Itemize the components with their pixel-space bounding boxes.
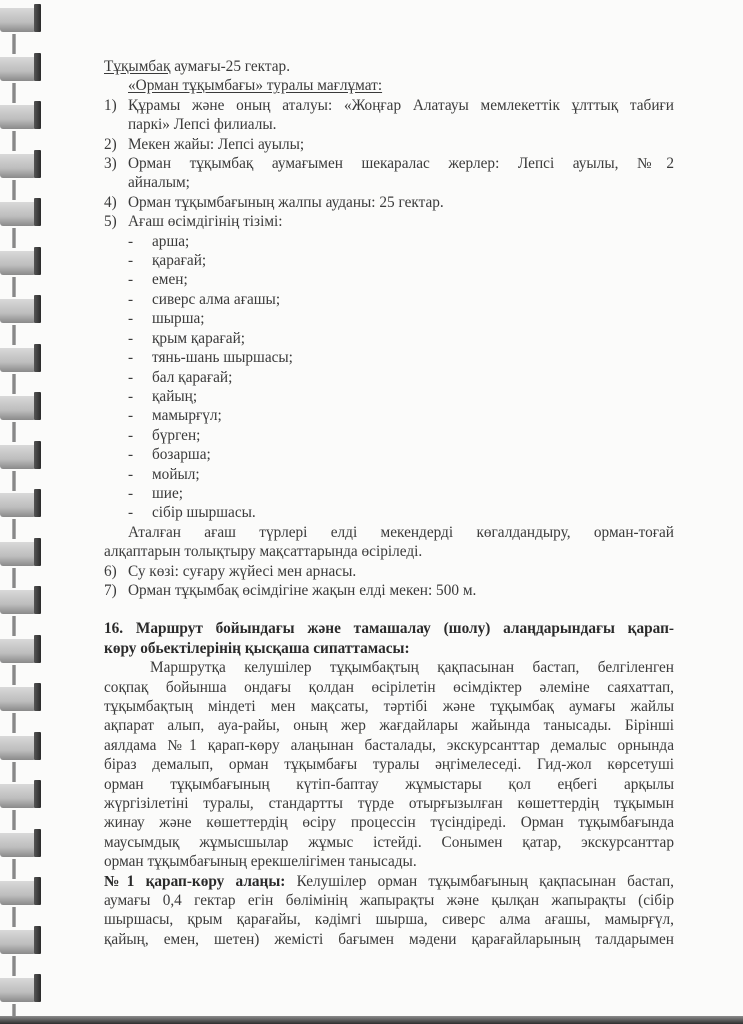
site-1-first-line: №1 қарап-көру алаңы: Келушілер орман тұқ… [104,872,674,891]
binding-ring [0,881,42,907]
binding-ring [0,639,42,665]
binding-ring [0,348,42,374]
binding-ring [0,687,42,713]
paragraph-line: жинау және көшеттердің өсіру процессін т… [104,813,674,832]
nursery-term: Тұқымбақ [104,58,170,75]
tree-note: Аталған ағаш түрлері елді мекендерді көг… [104,523,674,542]
numbered-item: 6)Су көзі: суғару жүйесі мен арнасы. [104,562,674,581]
page-bottom-edge [0,1016,743,1024]
binding-ring [0,542,42,568]
tree-list-item: -мойыл; [104,465,674,484]
binding-ring [0,445,42,471]
site-1-line: қайың, емен, шетен) жемісті бағымен мәде… [104,930,674,949]
document-page: Тұқымбақ аумағы-25 гектар. «Орман тұқымб… [104,57,674,949]
tree-list-item: -арша; [104,232,674,251]
section-16-heading: 16. Маршрут бойындағы және тамашалау (шо… [104,619,674,638]
binding-ring [0,251,42,277]
binding-ring [0,8,42,34]
numbered-item: 7)Орман тұқымбақ өсімдігіне жақын елді м… [104,581,674,600]
paragraph-line: маусымдық жұмысшылар жұмыс істейді. Соны… [104,833,674,852]
binding-ring [0,105,42,131]
numbered-list: 1)Құрамы және оның аталуы: «Жоңғар Алата… [104,96,674,232]
paragraph-line: жүргізілетіні туралы, стандартты түрде о… [104,794,674,813]
tree-list: -арша;-қарағай;-емен;-сиверс алма ағашы;… [104,232,674,523]
binding-ring [0,154,42,180]
binding-ring [0,202,42,228]
tree-list-item: -сиверс алма ағашы; [104,290,674,309]
paragraph-last-line: орман тұқымбағының ерекшелігімен танысад… [104,852,674,871]
numbered-item: паркі» Лепсі филиалы. [104,115,674,134]
numbered-list-2: 6)Су көзі: суғару жүйесі мен арнасы.7)Ор… [104,562,674,601]
section-16-paragraph: Маршрутқа келушілер тұқымбақтың қақпасын… [104,658,674,852]
binding-ring [0,930,42,956]
numbered-item: айналым; [104,173,674,192]
numbered-item: 1)Құрамы және оның аталуы: «Жоңғар Алата… [104,96,674,115]
area-line: Тұқымбақ аумағы-25 гектар. [104,57,674,76]
binding-ring [0,978,42,1004]
binding-ring [0,590,42,616]
paragraph-line: орман тұқымбағының күтіп-баптау жұмыстар… [104,775,674,794]
tree-list-item: -емен; [104,270,674,289]
paragraph-line: ақпарат алып, ауа-райы, оның жер жағдайл… [104,716,674,735]
paragraph-line: тұқымбақтың міндеті мен мақсаты, тәртібі… [104,697,674,716]
paragraph-line: Маршрутқа келушілер тұқымбақтың қақпасын… [104,658,674,677]
binding-ring [0,57,42,83]
tree-list-item: -қайың; [104,387,674,406]
binding-ring [0,493,42,519]
paragraph-line: соқпақ бойынша ондағы қолдан өсірілетін … [104,678,674,697]
site-1-label: №1 қарап-көру алаңы: [104,873,285,890]
tree-list-item: -бозарша; [104,445,674,464]
numbered-item: 2)Мекен жайы: Лепсі ауылы; [104,135,674,154]
tree-list-item: -шырша; [104,309,674,328]
tree-list-item: -қарағай; [104,251,674,270]
site-1-line: аумағы 0,4 гектар егін бөлімінің жапырақ… [104,891,674,910]
tree-list-item: -қрым қарағай; [104,329,674,348]
tree-list-item: -тянь-шань шыршасы; [104,348,674,367]
info-heading: «Орман тұқымбағы» туралы мағлұмат: [104,76,674,95]
binding-ring [0,396,42,422]
tree-list-item: -мамырғүл; [104,406,674,425]
numbered-item: 5)Ағаш өсімдігінің тізімі: [104,212,674,231]
tree-note-line2: алқаптарын толықтыру мақсаттарында өсірі… [104,542,674,561]
site-1-line: шыршасы, қрым қарағайы, кәдімгі шырша, с… [104,910,674,929]
section-16-heading-line2: көру обьектілерінің қысқаша сипаттамасы: [104,639,674,658]
tree-list-item: -бүрген; [104,426,674,445]
binding-ring [0,833,42,859]
binding-ring [0,736,42,762]
numbered-item: 4)Орман тұқымбағының жалпы ауданы: 25 ге… [104,193,674,212]
site-1-description: аумағы 0,4 гектар егін бөлімінің жапырақ… [104,891,674,949]
numbered-item: 3)Орман тұқымбақ аумағымен шекаралас жер… [104,154,674,173]
tree-list-item: -сібір шыршасы. [104,503,674,522]
binding-ring [0,299,42,325]
tree-list-item: -бал қарағай; [104,368,674,387]
tree-list-item: -шие; [104,484,674,503]
paragraph-line: аялдама №1 қарап-көру алаңынан басталады… [104,736,674,755]
paragraph-line: біраз демалып, орман тұқымбағы туралы әң… [104,755,674,774]
spiral-binding [0,0,48,1024]
binding-ring [0,784,42,810]
